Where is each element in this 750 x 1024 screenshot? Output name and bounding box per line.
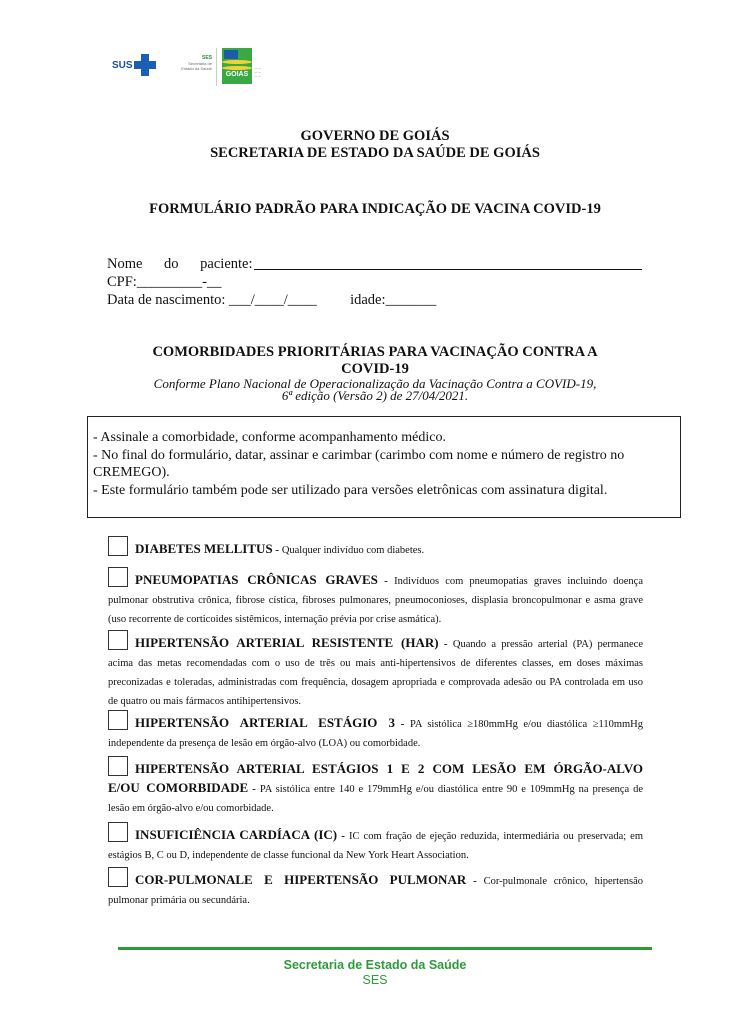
goias-flag-icon [224,50,238,59]
instruction-line: - Este formulário também pode ser utiliz… [93,482,675,500]
comorbidities-title-line-1: COMORBIDADES PRIORITÁRIAS PARA VACINAÇÃO… [0,344,750,361]
form-title: FORMULÁRIO PADRÃO PARA INDICAÇÃO DE VACI… [0,201,750,218]
checkbox[interactable] [108,867,128,887]
item-separator: - [248,783,260,795]
comorbidity-item-har: HIPERTENSÃO ARTERIAL RESISTENTE (HAR) - … [108,630,643,711]
comorbidity-item-insuficiencia-cardiaca: INSUFICIÊNCIA CARDÍACA (IC) - IC com fra… [108,822,643,865]
item-description: Qualquer indivíduo com diabetes. [282,545,424,556]
comorbidity-item-cor-pulmonale: COR-PULMONALE E HIPERTENSÃO PULMONAR - C… [108,867,643,910]
ses-logo-full: Secretaria de Estado da Saúde [181,61,212,71]
instruction-line: - No final do formulário, datar, assinar… [93,447,675,482]
logo-divider [216,48,217,86]
footer-org-name: Secretaria de Estado da Saúde [0,958,750,972]
item-title: HIPERTENSÃO ARTERIAL RESISTENTE (HAR) [135,635,439,650]
gov-line-1: GOVERNO DE GOIÁS [0,128,750,145]
instructions-box: - Assinale a comorbidade, conforme acomp… [87,416,681,518]
checkbox[interactable] [108,567,128,587]
checkbox[interactable] [108,536,128,556]
item-title: COR-PULMONALE E HIPERTENSÃO PULMONAR [135,872,466,887]
sus-cross-icon [134,54,156,76]
goias-logo-text: GOIAS [222,71,252,78]
item-title: DIABETES MELLITUS [135,541,273,556]
cpf-field[interactable]: CPF:_________-__ [107,274,221,291]
age-field[interactable]: idade:_______ [350,292,436,308]
birthdate-field[interactable]: Data de nascimento: ___/____/____ [107,292,317,308]
checkbox[interactable] [108,710,128,730]
item-title: HIPERTENSÃO ARTERIAL ESTÁGIO 3 [135,715,395,730]
sus-logo-text: SUS [112,60,133,71]
checkbox[interactable] [108,630,128,650]
item-title: INSUFICIÊNCIA CARDÍACA (IC) [135,827,337,842]
goias-side-text: — —— —— — [254,66,268,78]
checkbox[interactable] [108,756,128,776]
comorbidity-item-diabetes: DIABETES MELLITUS - Qualquer indivíduo c… [108,536,643,560]
gov-line-2: SECRETARIA DE ESTADO DA SAÚDE DE GOIÁS [0,145,750,162]
header-logos: SUS SES Secretaria de Estado da Saúde GO… [112,46,272,90]
comorbidity-item-ha-estagios-1-2: HIPERTENSÃO ARTERIAL ESTÁGIOS 1 E 2 COM … [108,756,643,818]
item-separator: - [466,875,483,887]
checkbox[interactable] [108,822,128,842]
footer-org-acronym: SES [0,973,750,987]
item-separator: - [337,830,349,842]
patient-name-field[interactable]: Nome do paciente: [107,256,642,273]
government-heading: GOVERNO DE GOIÁS SECRETARIA DE ESTADO DA… [0,128,750,162]
item-title: PNEUMOPATIAS CRÔNICAS GRAVES [135,572,378,587]
ses-logo: SES Secretaria de Estado da Saúde [176,55,212,71]
patient-name-input[interactable] [254,256,642,270]
item-separator: - [439,638,453,650]
comorbidity-item-pneumopatias: PNEUMOPATIAS CRÔNICAS GRAVES - Indivíduo… [108,567,643,629]
instruction-line: - Assinale a comorbidade, conforme acomp… [93,429,675,447]
birthdate-age-fields: Data de nascimento: ___/____/____ idade:… [107,292,436,309]
patient-name-label: Nome do paciente: [107,256,253,273]
comorbidity-item-ha-estagio-3: HIPERTENSÃO ARTERIAL ESTÁGIO 3 - PA sist… [108,710,643,753]
goias-logo-icon: GOIAS [222,48,252,84]
item-separator: - [273,544,282,556]
comorbidities-title: COMORBIDADES PRIORITÁRIAS PARA VACINAÇÃO… [0,344,750,378]
item-separator: - [395,718,410,730]
comorbidities-subtitle: Conforme Plano Nacional de Operacionaliz… [0,378,750,402]
footer-divider [118,947,652,950]
subtitle-line-2: 6ª edição (Versão 2) de 27/04/2021. [0,390,750,402]
item-separator: - [378,575,394,587]
